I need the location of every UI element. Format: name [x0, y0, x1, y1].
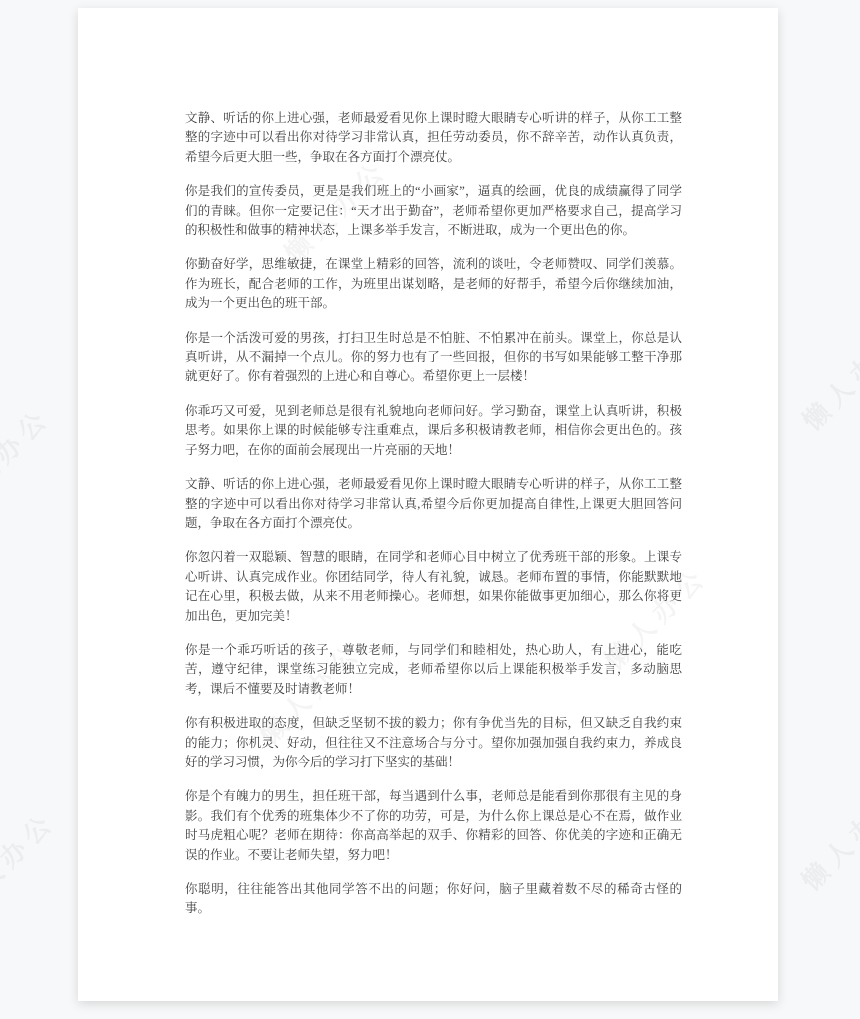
watermark: 懒人办公 [0, 802, 63, 922]
watermark: 懒人办公 [0, 398, 58, 518]
paragraph: 你乖巧又可爱，见到老师总是很有礼貌地向老师问好。学习勤奋，课堂上认真听讲，积极思… [185, 402, 682, 460]
paragraph: 你是一个乖巧听话的孩子，尊敬老师，与同学们和睦相处，热心助人，有上进心，能吃苦，… [185, 641, 682, 699]
paragraph: 你忽闪着一双聪颖、智慧的眼睛，在同学和老师心目中树立了优秀班干部的形象。上课专心… [185, 548, 682, 626]
paragraph: 你是我们的宣传委员，更是是我们班上的“小画家”，逼真的绘画，优良的成绩赢得了同学… [185, 182, 682, 240]
paragraph: 你是一个活泼可爱的男孩，打扫卫生时总是不怕脏、不怕累冲在前头。课堂上，你总是认真… [185, 329, 682, 387]
paragraph: 文静、听话的你上进心强，老师最爱看见你上课时瞪大眼睛专心听讲的样子，从你工工整整… [185, 475, 682, 533]
paragraph: 你勤奋好学，思维敏捷，在课堂上精彩的回答，流利的谈吐，令老师赞叹、同学们羡慕。作… [185, 255, 682, 313]
document-page: 文静、听话的你上进心强，老师最爱看见你上课时瞪大眼睛专心听讲的样子，从你工工整整… [78, 8, 778, 1001]
paragraph: 你有积极进取的态度，但缺乏坚韧不拔的毅力；你有争优当先的目标，但又缺乏自我约束的… [185, 714, 682, 772]
watermark: 懒人办公 [792, 778, 860, 898]
paragraph: 你是个有魄力的男生，担任班干部，每当遇到什么事，老师总是能看到你那很有主见的身影… [185, 787, 682, 865]
paragraph: 你聪明，往往能答出其他同学答不出的问题；你好问，脑子里藏着数不尽的稀奇古怪的事。 [185, 880, 682, 919]
watermark: 懒人办公 [793, 318, 860, 438]
document-body: 文静、听话的你上进心强，老师最爱看见你上课时瞪大眼睛专心听讲的样子，从你工工整整… [185, 109, 682, 934]
paragraph: 文静、听话的你上进心强，老师最爱看见你上课时瞪大眼睛专心听讲的样子，从你工工整整… [185, 109, 682, 167]
